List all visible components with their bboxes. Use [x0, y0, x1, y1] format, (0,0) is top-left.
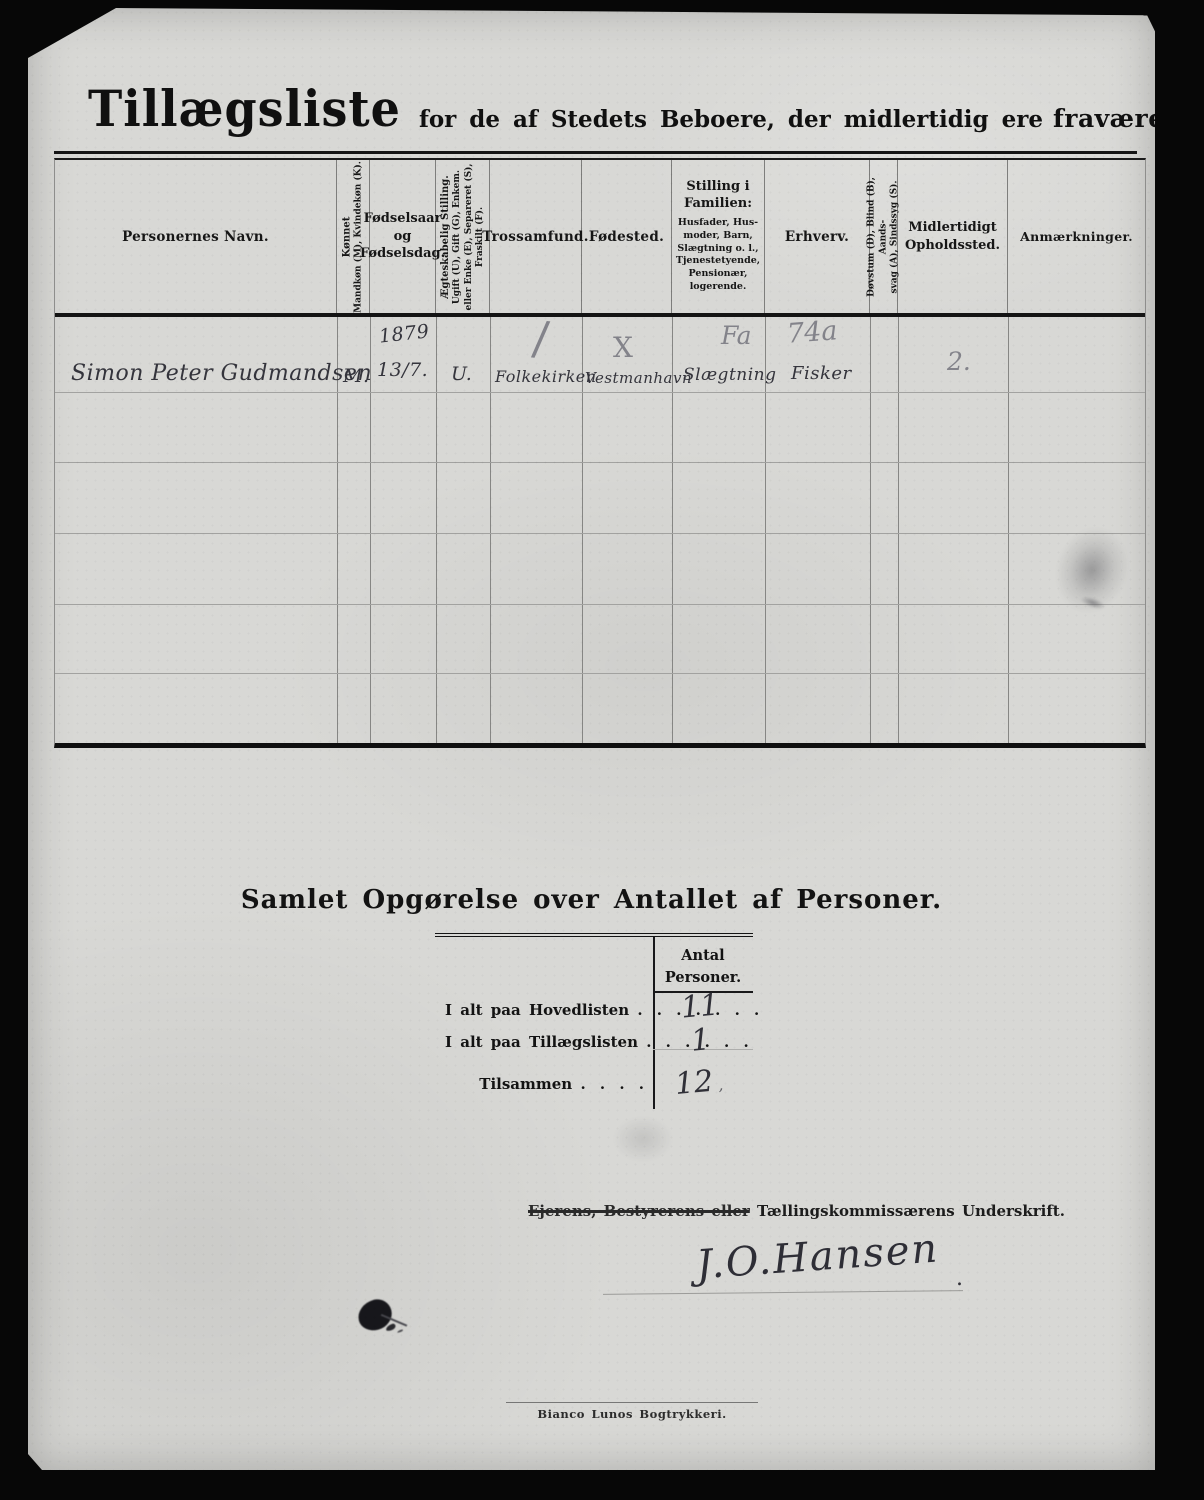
row1-birth-year: 1879: [378, 320, 430, 347]
col-header-residence-line2: Opholdssted.: [905, 237, 1000, 255]
row1-sex: M.: [343, 365, 370, 387]
row1-family-position: Slægtning: [683, 365, 777, 385]
col-header-remarks: Anmærkninger.: [1008, 160, 1145, 313]
summary-col-header: Antal Personer.: [653, 945, 753, 989]
signature-handwritten: J.O.Hansen: [695, 1226, 941, 1289]
pencil-mark-occupation: 74a: [786, 315, 839, 349]
col-header-sex: Kønnet Mandkøn (M), Kvindekøn (K).: [337, 160, 370, 313]
col-header-disability-line1: Døvstum (D), Blind (B), Aands-: [866, 161, 889, 313]
col-header-family-sub5: Pensionær,: [676, 268, 760, 281]
col-header-family-sub2: moder, Barn,: [676, 230, 760, 243]
col-header-family-sub1: Husfader, Hus-: [676, 217, 760, 230]
col-header-marital-rotated: Ægteskabelig Stilling. Ugift (U), Gift (…: [438, 161, 486, 313]
summary-table: Antal Personer. I alt paa Hovedlisten . …: [435, 933, 753, 1105]
table-gridline: [1008, 317, 1009, 743]
col-header-marital-line1: Ægteskabelig Stilling.: [438, 161, 451, 313]
census-table-body: Simon Peter Gudmandsen M. 1879 13/7. U. …: [55, 317, 1145, 743]
col-header-family-sub3: Slægtning o. l.,: [676, 243, 760, 256]
summary-row-tilsammen: Tilsammen . . . .: [435, 1075, 647, 1093]
ink-blot-stain: [355, 1296, 396, 1334]
pencil-mark-religion: /: [530, 310, 551, 365]
summary-col-header-line2: Personer.: [653, 967, 753, 989]
col-header-birthplace-label: Fødested.: [589, 229, 664, 245]
col-header-religion: Trossamfund.: [490, 160, 582, 313]
summary-row-hovedlisten-label: I alt paa Hovedlisten: [445, 1001, 629, 1019]
col-header-sex-rotated: Kønnet Mandkøn (M), Kvindekøn (K).: [341, 161, 366, 313]
col-header-disability-rotated: Døvstum (D), Blind (B), Aands- svag (A),…: [866, 161, 901, 313]
col-header-birth-line3: Fødselsdag.: [360, 245, 445, 263]
summary-row-tilsammen-dots: . . . .: [580, 1075, 647, 1093]
col-header-family-title-line1: Stilling i: [684, 179, 752, 196]
table-gridline: [490, 317, 491, 743]
signature-caption-label: Tællingskommissærens Underskrift.: [757, 1202, 1065, 1220]
table-gridline: [436, 317, 437, 743]
col-header-family-title-line2: Familien:: [684, 196, 752, 213]
row1-birthplace: Vestmanhavn: [585, 369, 692, 387]
row1-religion: Folkekirken: [495, 367, 597, 386]
summary-value-tilsammen-number: 12: [674, 1064, 715, 1102]
summary-col-header-line1: Antal: [653, 945, 753, 967]
summary-title: Samlet Opgørelse over Antallet af Person…: [28, 885, 1155, 915]
col-header-family-sublines: Husfader, Hus- moder, Barn, Slægtning o.…: [676, 217, 760, 294]
col-header-residence: Midlertidigt Opholdssted.: [898, 160, 1008, 313]
table-gridline: [55, 673, 1145, 674]
col-header-name-label: Personernes Navn.: [122, 229, 269, 245]
summary-value-tilsammen: 12 ,: [674, 1063, 725, 1102]
summary-row-tillaegslisten-label: I alt paa Tillægslisten: [445, 1033, 638, 1051]
signature-caption-struck: Ejerens, Bestyrerens eller: [528, 1202, 750, 1220]
col-header-name: Personernes Navn.: [55, 160, 337, 313]
col-header-occupation: Erhverv.: [765, 160, 870, 313]
col-header-family-sub6: logerende.: [676, 281, 760, 294]
scanned-census-page: Tillægsliste for de af Stedets Beboere, …: [28, 8, 1155, 1470]
pencil-mark-residence: 2.: [947, 347, 971, 376]
pencil-mark-family: Fa: [721, 321, 752, 350]
col-header-family-sub4: Tjenestetyende,: [676, 255, 760, 268]
summary-value-hovedlisten: 11: [680, 987, 721, 1025]
row1-name: Simon Peter Gudmandsen: [71, 361, 372, 386]
col-header-family-title: Stilling i Familien:: [684, 179, 752, 213]
row1-occupation: Fisker: [791, 363, 852, 384]
col-header-birthplace: Fødested.: [582, 160, 672, 313]
table-gridline: [55, 392, 1145, 393]
page-title: Tillægsliste for de af Stedets Beboere, …: [88, 84, 1204, 138]
col-header-birth: Fødselsaar og Fødselsdag.: [370, 160, 436, 313]
col-header-sex-line2: Mandkøn (M), Kvindekøn (K).: [354, 161, 366, 313]
col-header-family: Stilling i Familien: Husfader, Hus- mode…: [672, 160, 765, 313]
col-header-sex-line1: Kønnet: [341, 161, 354, 313]
table-gridline: [898, 317, 899, 743]
title-rule: [54, 151, 1137, 154]
col-header-birth-line2: og: [394, 228, 412, 246]
signature-underline: [603, 1290, 963, 1295]
row1-marital: U.: [451, 363, 472, 385]
col-header-birth-line1: Fødselsaar: [364, 210, 442, 228]
table-gridline: [870, 317, 871, 743]
row1-birth-day: 13/7.: [377, 359, 428, 381]
summary-row-tilsammen-label: Tilsammen: [479, 1075, 572, 1093]
page-title-emphasis: fraværende.: [1053, 104, 1204, 133]
page-title-middle: for de af Stedets Beboere, der midlertid…: [419, 106, 1043, 133]
col-header-residence-line1: Midlertidigt: [908, 219, 997, 237]
col-header-occupation-label: Erhverv.: [785, 229, 849, 245]
summary-value-tilsammen-suffix: ,: [713, 1076, 724, 1095]
census-table-header: Personernes Navn. Kønnet Mandkøn (M), Kv…: [55, 160, 1145, 317]
signature-period: .: [956, 1266, 963, 1291]
census-table: Personernes Navn. Kønnet Mandkøn (M), Kv…: [54, 158, 1146, 748]
faint-smudge-stain: [613, 1116, 673, 1162]
col-header-religion-label: Trossamfund.: [482, 229, 589, 245]
signature-caption: Ejerens, Bestyrerens eller Tællingskommi…: [528, 1202, 988, 1220]
printer-imprint: Bianco Lunos Bogtrykkeri.: [506, 1402, 758, 1421]
col-header-disability: Døvstum (D), Blind (B), Aands- svag (A),…: [870, 160, 898, 313]
table-gridline: [55, 462, 1145, 463]
col-header-marital-line2: Ugift (U), Gift (G), Enkem.: [451, 161, 463, 313]
col-header-marital-line3: eller Enke (E), Separeret (S),: [463, 161, 475, 313]
summary-value-hovedlisten-number: 11: [680, 987, 721, 1025]
table-gridline: [55, 604, 1145, 605]
page-title-main: Tillægsliste: [88, 80, 401, 138]
summary-value-tillaegslisten: 1: [690, 1022, 712, 1059]
pencil-mark-birthplace: X: [613, 331, 633, 364]
col-header-remarks-label: Anmærkninger.: [1020, 229, 1133, 244]
summary-value-tillaegslisten-number: 1: [690, 1022, 712, 1059]
table-gridline: [55, 533, 1145, 534]
